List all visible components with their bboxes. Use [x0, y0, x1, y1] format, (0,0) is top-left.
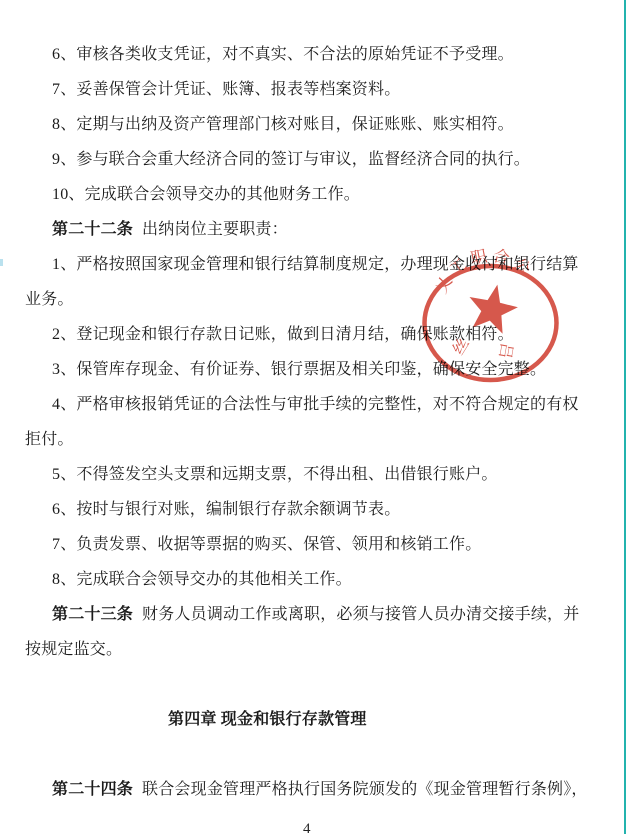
document-line: 按规定监交。 [0, 632, 610, 667]
document-line: 9、参与联合会重大经济合同的签订与审议，监督经济合同的执行。 [0, 142, 610, 177]
article-line: 第二十三条财务人员调动工作或离职，必须与接管人员办清交接手续，并 [0, 597, 610, 632]
document-line: 业务。 [0, 282, 610, 317]
page-number: 4 [303, 822, 311, 834]
article-text: 财务人员调动工作或离职，必须与接管人员办清交接手续，并 [142, 606, 579, 623]
document-line: 3、保管库存现金、有价证券、银行票据及相关印鉴，确保安全完整。 [0, 352, 610, 387]
article-text: 联合会现金管理严格执行国务院颁发的《现金管理暂行条例》， [142, 781, 588, 798]
blank-line [0, 737, 610, 772]
document-line: 10、完成联合会领导交办的其他财务工作。 [0, 177, 610, 212]
document-line: 5、不得签发空头支票和远期支票，不得出租、出借银行账户。 [0, 457, 610, 492]
page-edge-border [624, 0, 626, 834]
document-line: 拒付。 [0, 422, 610, 457]
document-line: 8、完成联合会领导交办的其他相关工作。 [0, 562, 610, 597]
article-number: 第二十二条 [52, 221, 133, 238]
article-line: 第二十二条出纳岗位主要职责： [0, 212, 610, 247]
document-line: 4、严格审核报销凭证的合法性与审批手续的完整性，对不符合规定的有权 [0, 387, 610, 422]
blank-line [0, 667, 610, 702]
document-body: 6、审核各类收支凭证，对不真实、不合法的原始凭证不予受理。7、妥善保管会计凭证、… [0, 37, 610, 807]
document-line: 6、按时与银行对账，编制银行存款余额调节表。 [0, 492, 610, 527]
document-line: 7、妥善保管会计凭证、账簿、报表等档案资料。 [0, 72, 610, 107]
document-line: 6、审核各类收支凭证，对不真实、不合法的原始凭证不予受理。 [0, 37, 610, 72]
document-line: 2、登记现金和银行存款日记账，做到日清月结，确保账款相符。 [0, 317, 610, 352]
document-line: 1、严格按照国家现金管理和银行结算制度规定，办理现金收付和银行结算 [0, 247, 610, 282]
document-line: 7、负责发票、收据等票据的购买、保管、领用和核销工作。 [0, 527, 610, 562]
chapter-heading: 第四章 现金和银行存款管理 [0, 702, 610, 737]
article-text: 出纳岗位主要职责： [142, 221, 288, 238]
article-number: 第二十三条 [52, 606, 133, 623]
document-page: 6、审核各类收支凭证，对不真实、不合法的原始凭证不予受理。7、妥善保管会计凭证、… [0, 0, 632, 834]
article-number: 第二十四条 [52, 781, 133, 798]
document-line: 8、定期与出纳及资产管理部门核对账目，保证账账、账实相符。 [0, 107, 610, 142]
article-line: 第二十四条联合会现金管理严格执行国务院颁发的《现金管理暂行条例》， [0, 772, 610, 807]
scan-artifact [0, 259, 3, 266]
